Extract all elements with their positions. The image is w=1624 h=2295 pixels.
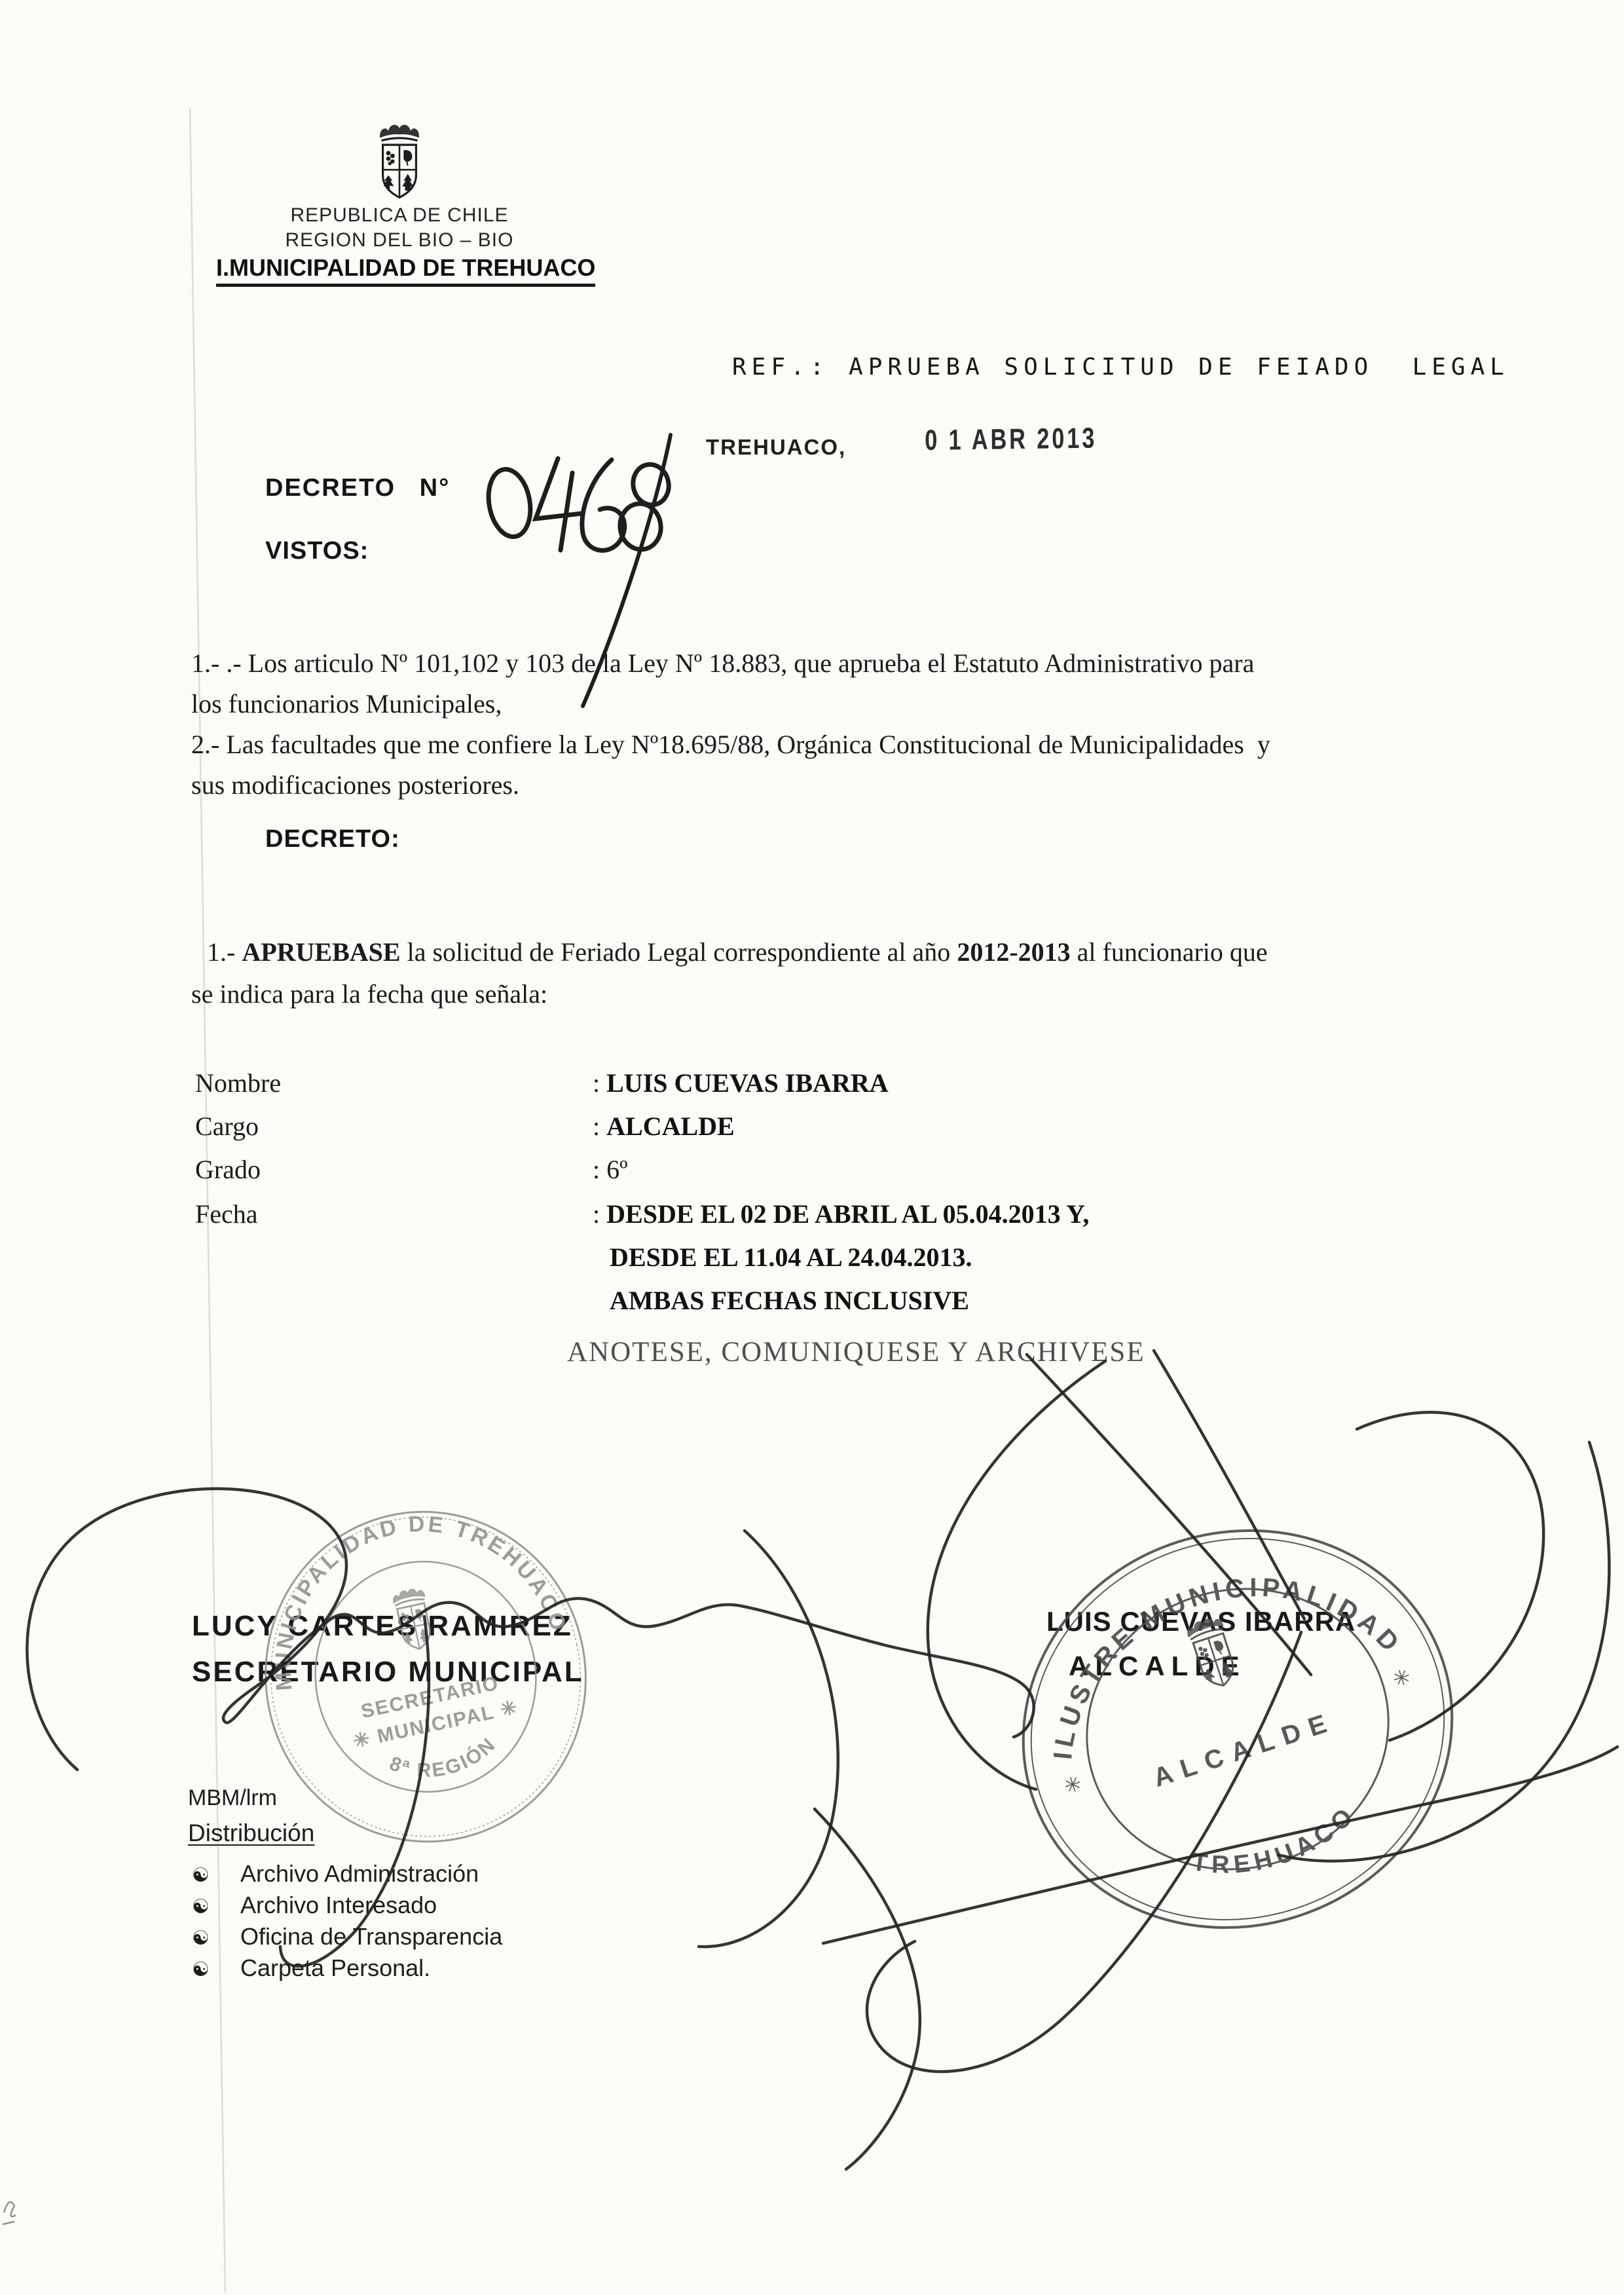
colon: : (593, 1155, 606, 1184)
vistos-line: los funcionarios Municipales, (191, 684, 1270, 724)
apruebase-mid: la solicitud de Feriado Legal correspond… (401, 937, 957, 967)
distribution-item-label: Archivo Administración (240, 1860, 479, 1887)
city-label: TREHUACO, (706, 435, 846, 460)
stamp-star-left: ✳ (1061, 1771, 1085, 1799)
right-signer-name: LUIS CUEVAS IBARRA (1046, 1606, 1356, 1637)
stamp-region-text: 8ª REGIÓN (383, 1731, 505, 1792)
field-value-grado: : 6º (593, 1154, 628, 1185)
initials: MBM/lrm (188, 1785, 277, 1811)
coat-of-arms-logo (365, 120, 434, 203)
colon: : (593, 1111, 606, 1141)
scan-corner-mark (3, 2202, 16, 2224)
right-signer-title: ALCALDE (1069, 1651, 1246, 1682)
grado-value: 6º (606, 1155, 627, 1184)
ink-layer: MUNICIPALIDAD DE TREHUACO 8ª REGIÓN SECR… (0, 0, 1624, 2295)
stamp-ring-text: ILUSTRE MUNICIPALIDAD (1011, 1525, 1412, 1769)
nombre-value: LUIS CUEVAS IBARRA (606, 1068, 889, 1098)
field-label-cargo: Cargo (195, 1111, 259, 1142)
svg-text:ILUSTRE MUNICIPALIDAD: ILUSTRE MUNICIPALIDAD (1011, 1525, 1412, 1769)
apruebase-end: al funcionario que (1071, 937, 1268, 967)
field-label-nombre: Nombre (195, 1068, 281, 1098)
letterhead-region: REGION DEL BIO – BIO (216, 228, 583, 253)
colon: : (593, 1068, 606, 1098)
fecha-value-line1: DESDE EL 02 DE ABRIL AL 05.04.2013 Y, (606, 1199, 1089, 1229)
closing-formula: ANOTESE, COMUNIQUESE Y ARCHIVESE (567, 1336, 1145, 1368)
field-value-cargo: : ALCALDE (593, 1111, 735, 1142)
svg-text:TREHUACO: TREHUACO (1183, 1796, 1369, 1897)
apruebase-line1: 1.- APRUEBASE la solicitud de Feriado Le… (191, 931, 1268, 973)
colon: : (593, 1199, 606, 1229)
scan-artifacts-layer (0, 0, 1624, 2295)
cargo-value: ALCALDE (606, 1111, 735, 1141)
letterhead: REPUBLICA DE CHILE REGION DEL BIO – BIO … (216, 120, 583, 287)
distribution-item: ☯Archivo Interesado (192, 1892, 437, 1919)
vistos-line: sus modificaciones posteriores. (191, 765, 1270, 806)
reference-line: REF.: APRUEBA SOLICITUD DE FEIADO LEGAL (732, 354, 1509, 381)
yinyang-bullet-icon: ☯ (192, 1864, 214, 1887)
stamp-alcalde-text: ALCALDE (1150, 1707, 1339, 1793)
apruebase-keyword: APRUEBASE (242, 937, 400, 967)
vistos-heading: VISTOS: (265, 537, 369, 565)
left-signer-title: SECRETARIO MUNICIPAL (192, 1656, 584, 1689)
apruebase-line2: se indica para la fecha que señala: (191, 973, 1268, 1015)
vistos-line: 1.- .- Los articulo Nº 101,102 y 103 de … (191, 643, 1270, 684)
distribution-item-label: Carpeta Personal. (240, 1954, 430, 1981)
letterhead-country: REPUBLICA DE CHILE (216, 203, 583, 228)
stamp-municipal-text: ✳ MUNICIPAL ✳ (351, 1696, 520, 1753)
yinyang-bullet-icon: ☯ (192, 1927, 214, 1950)
fecha-value-line3: AMBAS FECHAS INCLUSIVE (610, 1285, 969, 1316)
stamp-star-right: ✳ (1390, 1664, 1414, 1692)
field-label-fecha: Fecha (195, 1199, 258, 1229)
fecha-value-line2: DESDE EL 11.04 AL 24.04.2013. (610, 1242, 972, 1273)
alcalde-stamp: ILUSTRE MUNICIPALIDAD TREHUACO ✳ ✳ ALCAL… (971, 1476, 1504, 1983)
left-signer-name: LUCY CARTES RAMIREZ (192, 1610, 573, 1643)
field-value-fecha: : DESDE EL 02 DE ABRIL AL 05.04.2013 Y, (593, 1199, 1089, 1229)
signature-right (699, 1351, 1617, 2169)
stamp-trehuaco-text: TREHUACO (1183, 1796, 1369, 1897)
date-stamp: 0 1 ABR 2013 (925, 422, 1097, 457)
signature-left (27, 1489, 1033, 1966)
yinyang-bullet-icon: ☯ (192, 1958, 214, 1981)
field-label-grado: Grado (195, 1154, 261, 1185)
document-page: REPUBLICA DE CHILE REGION DEL BIO – BIO … (0, 0, 1624, 2295)
apruebase-paragraph: 1.- APRUEBASE la solicitud de Feriado Le… (191, 931, 1268, 1015)
vistos-paragraph: 1.- .- Los articulo Nº 101,102 y 103 de … (191, 643, 1270, 806)
svg-text:8ª REGIÓN: 8ª REGIÓN (383, 1731, 505, 1792)
distribution-item-label: Oficina de Transparencia (240, 1923, 502, 1950)
decreto-heading: DECRETO: (265, 825, 400, 853)
apruebase-pre: 1.- (207, 937, 242, 967)
distribution-item-label: Archivo Interesado (240, 1892, 437, 1918)
apruebase-year: 2012-2013 (957, 937, 1070, 967)
distribution-item: ☯Archivo Administración (192, 1860, 479, 1888)
decree-number-label: DECRETO N° (265, 474, 450, 502)
distribution-item: ☯Carpeta Personal. (192, 1954, 430, 1982)
yinyang-bullet-icon: ☯ (192, 1895, 214, 1918)
field-value-nombre: : LUIS CUEVAS IBARRA (593, 1068, 889, 1098)
vistos-line: 2.- Las facultades que me confiere la Le… (191, 724, 1270, 765)
distribution-heading: Distribución (188, 1819, 314, 1847)
distribution-item: ☯Oficina de Transparencia (192, 1923, 502, 1950)
letterhead-municipality: I.MUNICIPALIDAD DE TREHUACO (216, 254, 595, 287)
